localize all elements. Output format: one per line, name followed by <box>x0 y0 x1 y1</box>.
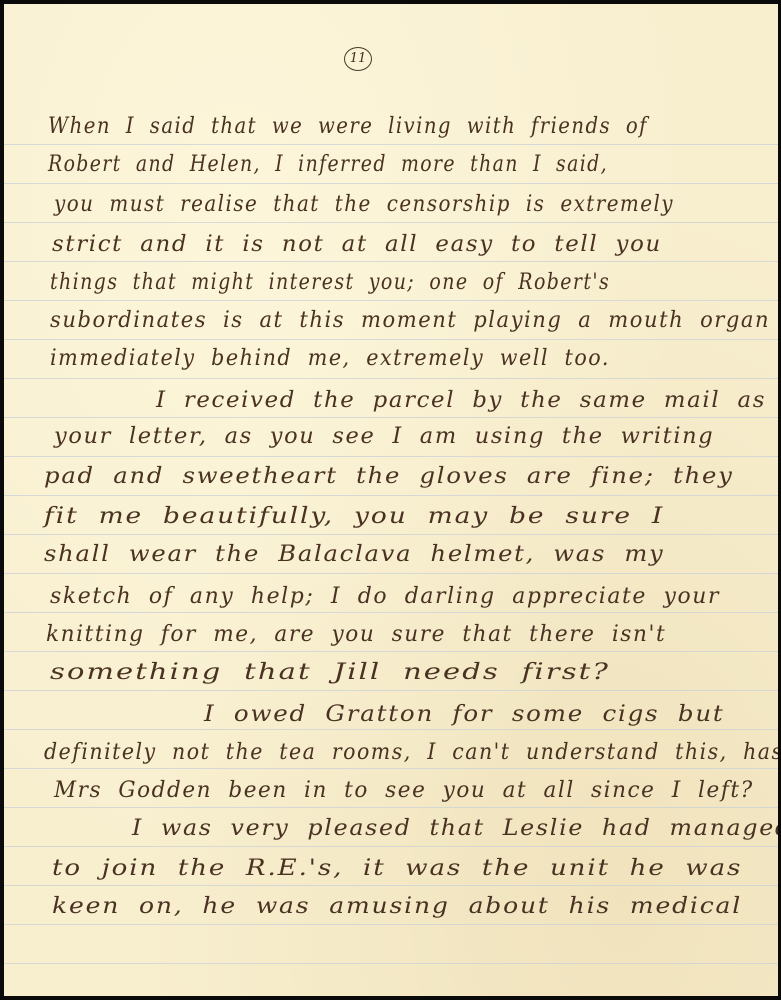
text-line: keen on, he was amusing about his medica… <box>52 894 742 919</box>
text-line: to join the R.E.'s, it was the unit he w… <box>52 856 742 881</box>
text-line: strict and it is not at all easy to tell… <box>52 232 662 257</box>
ruled-line <box>4 690 778 691</box>
text-line: I owed Gratton for some cigs but <box>204 702 725 727</box>
text-line: pad and sweetheart the gloves are fine; … <box>44 464 734 489</box>
ruled-line <box>4 885 778 886</box>
ruled-line <box>4 924 778 925</box>
ruled-line <box>4 261 778 262</box>
text-line: I received the parcel by the same mail a… <box>156 388 766 413</box>
ruled-line <box>4 651 778 652</box>
ruled-line <box>4 222 778 223</box>
ruled-line <box>4 612 778 613</box>
text-line: subordinates is at this moment playing a… <box>50 308 770 333</box>
text-line: fit me beautifully, you may be sure I <box>44 504 664 529</box>
text-line: something that Jill needs first? <box>50 660 610 685</box>
page-number: 11 <box>344 47 372 71</box>
text-line: shall wear the Balaclava helmet, was my <box>44 542 664 567</box>
ruled-line <box>4 300 778 301</box>
text-line: When I said that we were living with fri… <box>48 114 648 139</box>
text-line: Robert and Helen, I inferred more than I… <box>48 152 608 177</box>
ruled-line <box>4 807 778 808</box>
text-line: I was very pleased that Leslie had manag… <box>132 816 778 841</box>
text-line: your letter, as you see I am using the w… <box>54 424 714 449</box>
ruled-line <box>4 183 778 184</box>
ruled-line <box>4 846 778 847</box>
text-line: sketch of any help; I do darling appreci… <box>50 584 720 609</box>
ruled-line <box>4 768 778 769</box>
ruled-line <box>4 573 778 574</box>
ruled-line <box>4 339 778 340</box>
ruled-line <box>4 417 778 418</box>
text-line: definitely not the tea rooms, I can't un… <box>44 740 778 765</box>
ruled-line <box>4 729 778 730</box>
ruled-line <box>4 534 778 535</box>
ruled-line <box>4 495 778 496</box>
text-line: immediately behind me, extremely well to… <box>50 346 610 371</box>
text-line: Mrs Godden been in to see you at all sin… <box>54 778 754 803</box>
letter-page: 11 When I said that we were living with … <box>4 4 778 996</box>
text-line: things that might interest you; one of R… <box>50 270 610 295</box>
ruled-line <box>4 963 778 964</box>
ruled-line <box>4 144 778 145</box>
ruled-line <box>4 378 778 379</box>
ruled-line <box>4 456 778 457</box>
text-line: you must realise that the censorship is … <box>54 192 674 217</box>
text-line: knitting for me, are you sure that there… <box>46 622 666 647</box>
